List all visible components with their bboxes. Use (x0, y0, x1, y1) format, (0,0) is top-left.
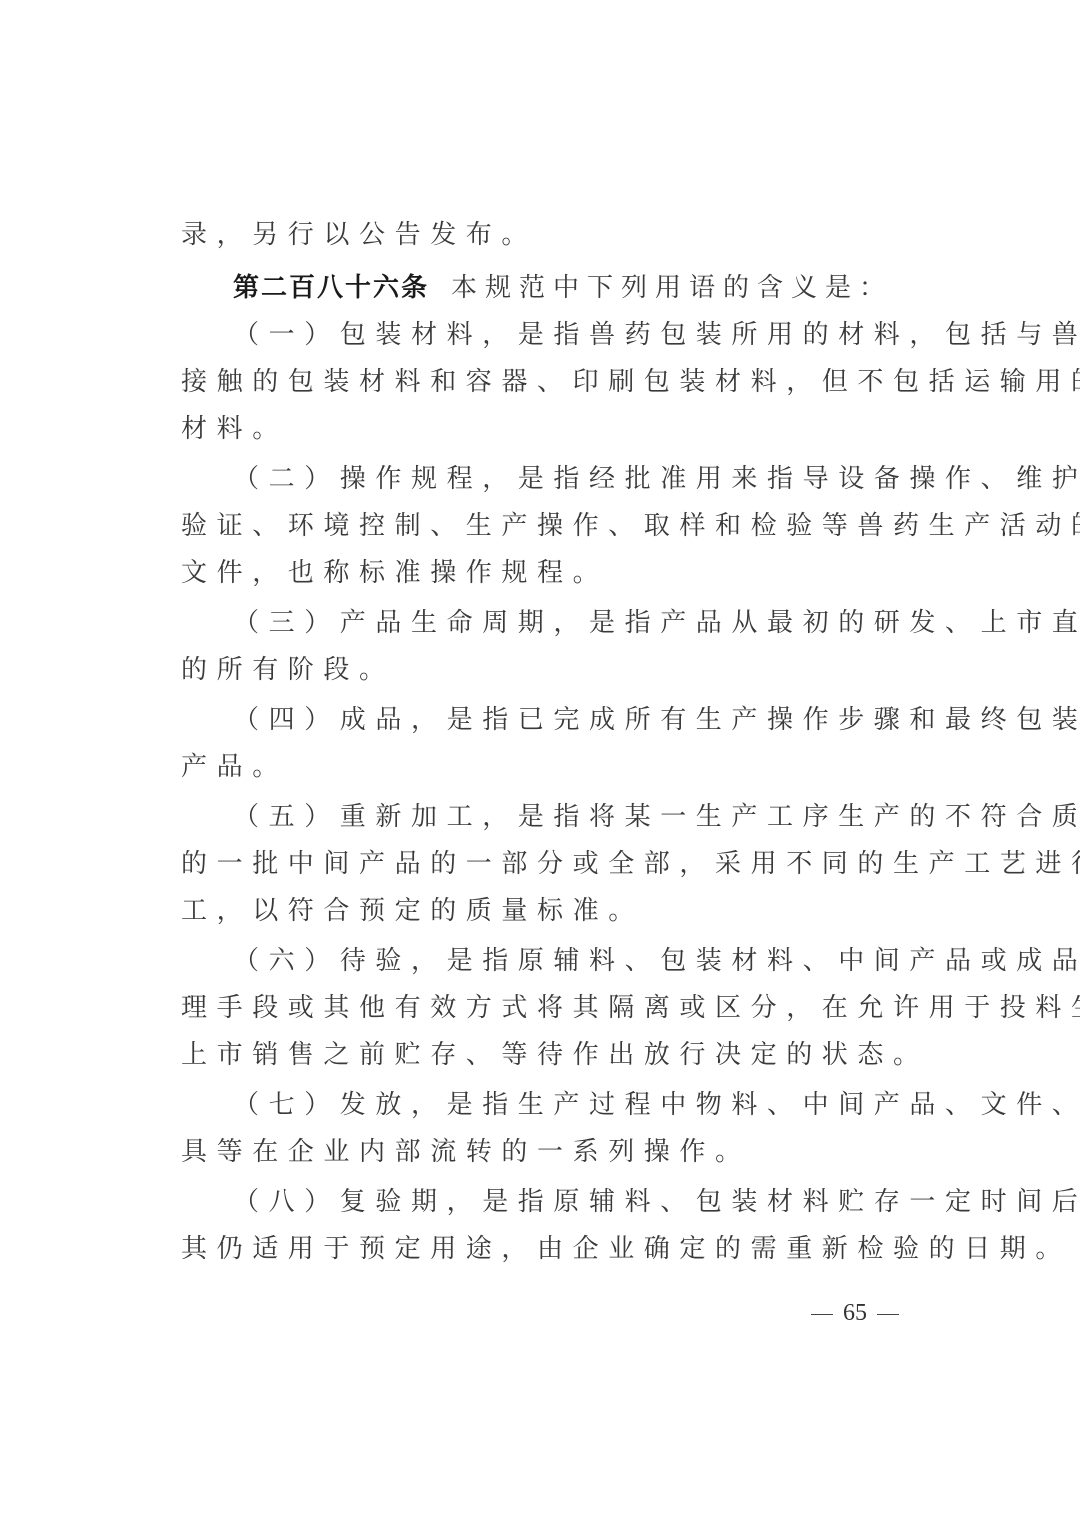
text-line: （二）操作规程，是指经批准用来指导设备操作、维护与清洁、 (181, 456, 907, 503)
definition-4: （四）成品，是指已完成所有生产操作步骤和最终包装的 产品。 (181, 697, 907, 791)
text-line: 验证、环境控制、生产操作、取样和检验等兽药生产活动的通用性 (181, 503, 907, 550)
text-line: （六）待验，是指原辅料、包装材料、中间产品或成品，采用物 (181, 938, 907, 985)
text-line: 具等在企业内部流转的一系列操作。 (181, 1129, 907, 1176)
article-heading-line: 第二百八十六条本规范中下列用语的含义是： (181, 265, 907, 312)
text-line: 产品。 (181, 744, 907, 791)
text-line: （五）重新加工，是指将某一生产工序生产的不符合质量标准 (181, 794, 907, 841)
text-line: 接触的包装材料和容器、印刷包装材料，但不包括运输用的外包装 (181, 359, 907, 406)
definition-7: （七）发放，是指生产过程中物料、中间产品、文件、生产用模 具等在企业内部流转的一… (181, 1082, 907, 1176)
definition-3: （三）产品生命周期，是指产品从最初的研发、上市直至退市 的所有阶段。 (181, 600, 907, 694)
definition-5: （五）重新加工，是指将某一生产工序生产的不符合质量标准 的一批中间产品的一部分或… (181, 794, 907, 935)
text-line: 材料。 (181, 406, 907, 453)
text-line: 文件，也称标准操作规程。 (181, 550, 907, 597)
page-number-value: 65 (843, 1300, 867, 1326)
text-line: 其仍适用于预定用途，由企业确定的需重新检验的日期。 (181, 1226, 907, 1273)
document-page: 录，另行以公告发布。 第二百八十六条本规范中下列用语的含义是： （一）包装材料，… (0, 0, 1080, 1529)
text-line: 的一批中间产品的一部分或全部，采用不同的生产工艺进行再加 (181, 841, 907, 888)
text-line: （四）成品，是指已完成所有生产操作步骤和最终包装的 (181, 697, 907, 744)
page-number: 65 (800, 1296, 910, 1330)
dash-right-decoration (877, 1314, 899, 1316)
text-line: （三）产品生命周期，是指产品从最初的研发、上市直至退市 (181, 600, 907, 647)
text-line: （七）发放，是指生产过程中物料、中间产品、文件、生产用模 (181, 1082, 907, 1129)
body-text: 录，另行以公告发布。 第二百八十六条本规范中下列用语的含义是： （一）包装材料，… (181, 212, 907, 1273)
text-line: 的所有阶段。 (181, 647, 907, 694)
article-number: 第二百八十六条 (233, 273, 429, 303)
text-line: 上市销售之前贮存、等待作出放行决定的状态。 (181, 1032, 907, 1079)
definition-8: （八）复验期，是指原辅料、包装材料贮存一定时间后，为确保 其仍适用于预定用途，由… (181, 1179, 907, 1273)
definition-1: （一）包装材料，是指兽药包装所用的材料，包括与兽药直接 接触的包装材料和容器、印… (181, 312, 907, 453)
text-line: 理手段或其他有效方式将其隔离或区分，在允许用于投料生产或 (181, 985, 907, 1032)
definition-2: （二）操作规程，是指经批准用来指导设备操作、维护与清洁、 验证、环境控制、生产操… (181, 456, 907, 597)
article-intro: 本规范中下列用语的含义是： (451, 273, 893, 303)
text-line: 工，以符合预定的质量标准。 (181, 888, 907, 935)
dash-left-decoration (811, 1314, 833, 1316)
text-line-continuation: 录，另行以公告发布。 (181, 212, 907, 259)
definition-6: （六）待验，是指原辅料、包装材料、中间产品或成品，采用物 理手段或其他有效方式将… (181, 938, 907, 1079)
text-line: （八）复验期，是指原辅料、包装材料贮存一定时间后，为确保 (181, 1179, 907, 1226)
text-line: （一）包装材料，是指兽药包装所用的材料，包括与兽药直接 (181, 312, 907, 359)
